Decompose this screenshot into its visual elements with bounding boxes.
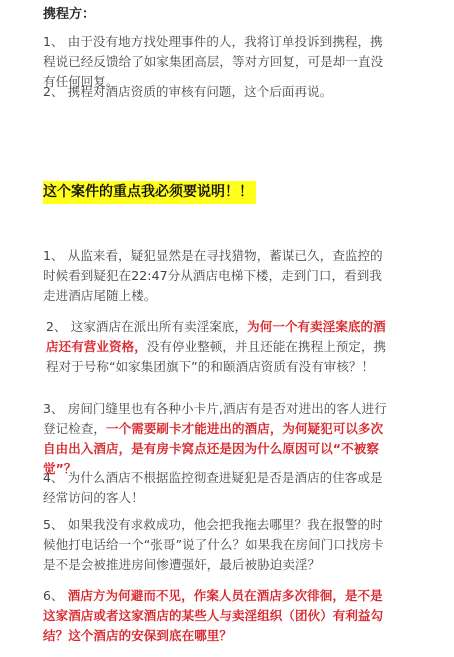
ctrip-item-2: 2、 携程对酒店资质的审核有问题，这个后面再说。 bbox=[43, 82, 393, 102]
item-number: 6、 bbox=[43, 588, 64, 603]
item-number: 5、 bbox=[43, 517, 64, 532]
item-text: 为什么酒店不根据监控彻查进疑犯是否是酒店的住客或是经常访问的客人！ bbox=[43, 470, 383, 505]
item-number: 3、 bbox=[43, 401, 64, 416]
section-heading-ctrip: 携程方： bbox=[43, 3, 95, 22]
key-point-1: 1、 从监来看，疑犯显然是在寻找猎物，蓄谋已久，查监控的时候看到疑犯在22:47… bbox=[43, 246, 393, 306]
item-number: 2、 bbox=[43, 84, 64, 99]
item-number: 1、 bbox=[43, 248, 64, 263]
item-text: 由于没有地方找处理事件的人，我将订单投诉到携程，携程说已经反馈给了如家集团高层，… bbox=[43, 34, 383, 89]
item-number: 2、 bbox=[46, 319, 67, 334]
key-point-5: 5、 如果我没有求救成功，他会把我拖去哪里？我在报警的时候他打电话给一个“张哥”… bbox=[43, 515, 393, 575]
item-text: 携程对酒店资质的审核有问题，这个后面再说。 bbox=[68, 84, 333, 99]
item-text: 如果我没有求救成功，他会把我拖去哪里？我在报警的时候他打电话给一个“张哥”说了什… bbox=[43, 517, 384, 572]
highlighted-heading: 这个案件的重点我必须要说明！！ bbox=[43, 181, 256, 204]
item-text-emphasis: 酒店方为何避而不见，作案人员在酒店多次徘徊，是不是这家酒店或者这家酒店的某些人与… bbox=[43, 588, 383, 643]
key-point-6: 6、 酒店方为何避而不见，作案人员在酒店多次徘徊，是不是这家酒店或者这家酒店的某… bbox=[43, 586, 393, 646]
key-point-2: 2、 这家酒店在派出所有卖淫案底，为何一个有卖淫案底的酒店还有营业资格，没有停业… bbox=[46, 317, 396, 377]
item-text: 从监来看，疑犯显然是在寻找猎物，蓄谋已久，查监控的时候看到疑犯在22:47分从酒… bbox=[43, 248, 383, 303]
key-point-4: 4、 为什么酒店不根据监控彻查进疑犯是否是酒店的住客或是经常访问的客人！ bbox=[43, 468, 393, 508]
item-text: 这家酒店在派出所有卖淫案底， bbox=[71, 319, 247, 334]
item-number: 4、 bbox=[43, 470, 64, 485]
item-number: 1、 bbox=[43, 34, 64, 49]
key-point-3: 3、 房间门缝里也有各种小卡片,酒店有是否对进出的客人进行登记检查，一个需要刷卡… bbox=[43, 399, 393, 479]
